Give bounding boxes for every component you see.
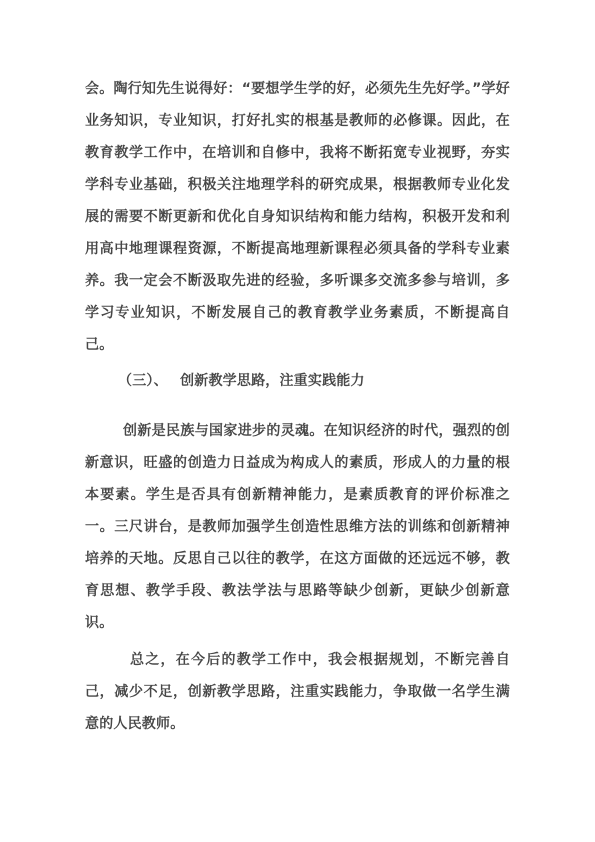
paragraph-innovation: 创新是民族与国家进步的灵魂。在知识经济的时代，强烈的创新意识，旺盛的创造力日益成…	[85, 415, 510, 639]
paragraph-continuation: 会。陶行知先生说得好：“要想学生学的好，必须先生先好学。”学好业务知识，专业知识…	[85, 73, 510, 361]
section-heading: （三）、 创新教学思路，注重实践能力	[85, 365, 510, 397]
paragraph-conclusion: 总之，在今后的教学工作中，我会根据规划，不断完善自己，减少不足，创新教学思路，注…	[85, 644, 510, 740]
document-page: 会。陶行知先生说得好：“要想学生学的好，必须先生先好学。”学好业务知识，专业知识…	[0, 0, 595, 842]
